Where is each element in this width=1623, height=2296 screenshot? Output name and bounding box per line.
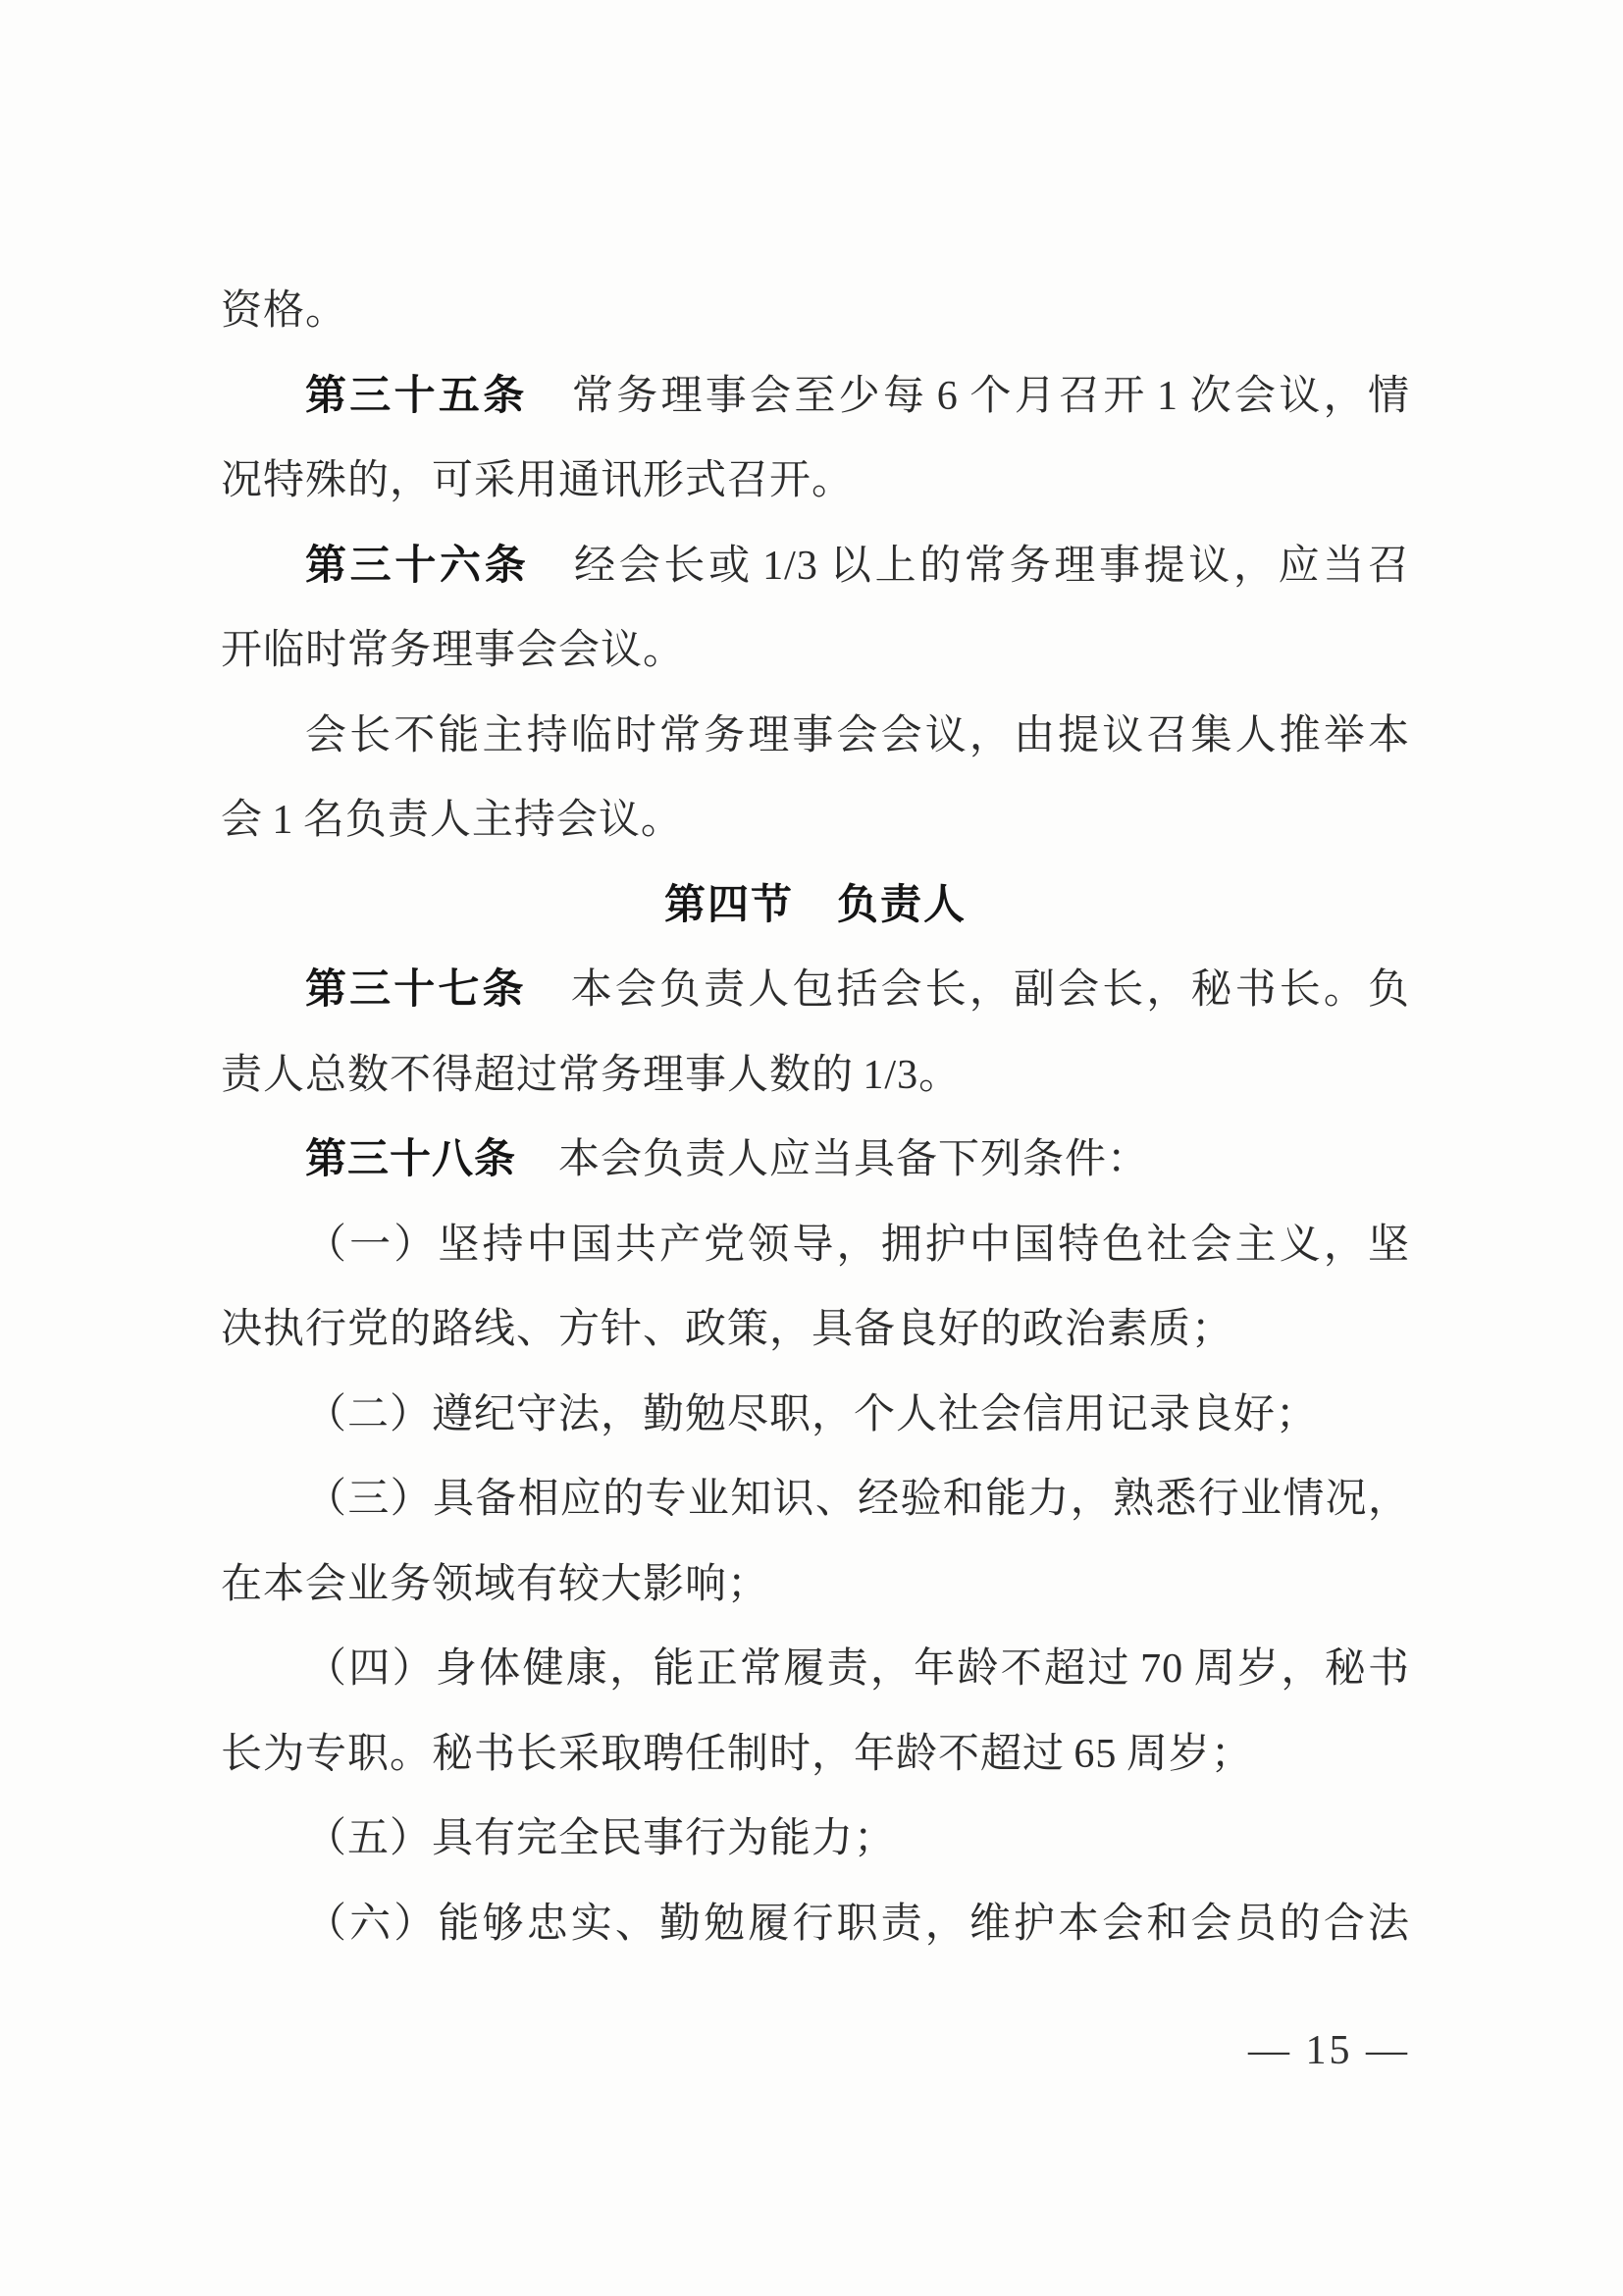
text-line: 责人总数不得超过常务理事人数的 1/3。 bbox=[221, 1033, 1410, 1119]
text-line: （四）身体健康，能正常履责，年龄不超过 70 周岁，秘书 bbox=[221, 1627, 1410, 1712]
text-line: （五）具有完全民事行为能力； bbox=[221, 1797, 1410, 1882]
text-line: 决执行党的路线、方针、政策，具备良好的政治素质； bbox=[221, 1287, 1410, 1373]
text-line: 第三十六条 经会长或 1/3 以上的常务理事提议，应当召 bbox=[221, 524, 1410, 609]
text-line: 会长不能主持临时常务理事会会议，由提议召集人推举本 bbox=[221, 694, 1410, 779]
document-body: 资格。第三十五条 常务理事会至少每 6 个月召开 1 次会议，情况特殊的，可采用… bbox=[221, 269, 1410, 1966]
text-line: （三）具备相应的专业知识、经验和能力，熟悉行业情况， bbox=[221, 1457, 1410, 1542]
text-line: （六）能够忠实、勤勉履行职责，维护本会和会员的合法 bbox=[221, 1882, 1410, 1967]
scanned-document-page: 资格。第三十五条 常务理事会至少每 6 个月召开 1 次会议，情况特殊的，可采用… bbox=[0, 0, 1623, 2296]
section-heading: 第四节 负责人 bbox=[221, 863, 1410, 949]
text-line: （二）遵纪守法，勤勉尽职，个人社会信用记录良好； bbox=[221, 1373, 1410, 1458]
text-line: 第三十七条 本会负责人包括会长，副会长，秘书长。负 bbox=[221, 948, 1410, 1033]
text-line: 开临时常务理事会会议。 bbox=[221, 608, 1410, 694]
text-line: 在本会业务领域有较大影响； bbox=[221, 1542, 1410, 1628]
text-line: 况特殊的，可采用通讯形式召开。 bbox=[221, 439, 1410, 524]
article-number: 第三十六条 bbox=[305, 544, 529, 589]
text-line: 资格。 bbox=[221, 269, 1410, 354]
text-line: 长为专职。秘书长采取聘任制时，年龄不超过 65 周岁； bbox=[221, 1712, 1410, 1798]
text-line: 第三十八条 本会负责人应当具备下列条件： bbox=[221, 1118, 1410, 1203]
page-number-footer: — 15 — bbox=[221, 2027, 1410, 2074]
text-line: 第三十五条 常务理事会至少每 6 个月召开 1 次会议，情 bbox=[221, 354, 1410, 440]
text-line: （一）坚持中国共产党领导，拥护中国特色社会主义，坚 bbox=[221, 1203, 1410, 1288]
article-number: 第三十八条 bbox=[305, 1137, 516, 1182]
text-line: 会 1 名负责人主持会议。 bbox=[221, 778, 1410, 863]
article-number: 第三十七条 bbox=[305, 967, 527, 1013]
article-number: 第三十五条 bbox=[305, 374, 528, 419]
